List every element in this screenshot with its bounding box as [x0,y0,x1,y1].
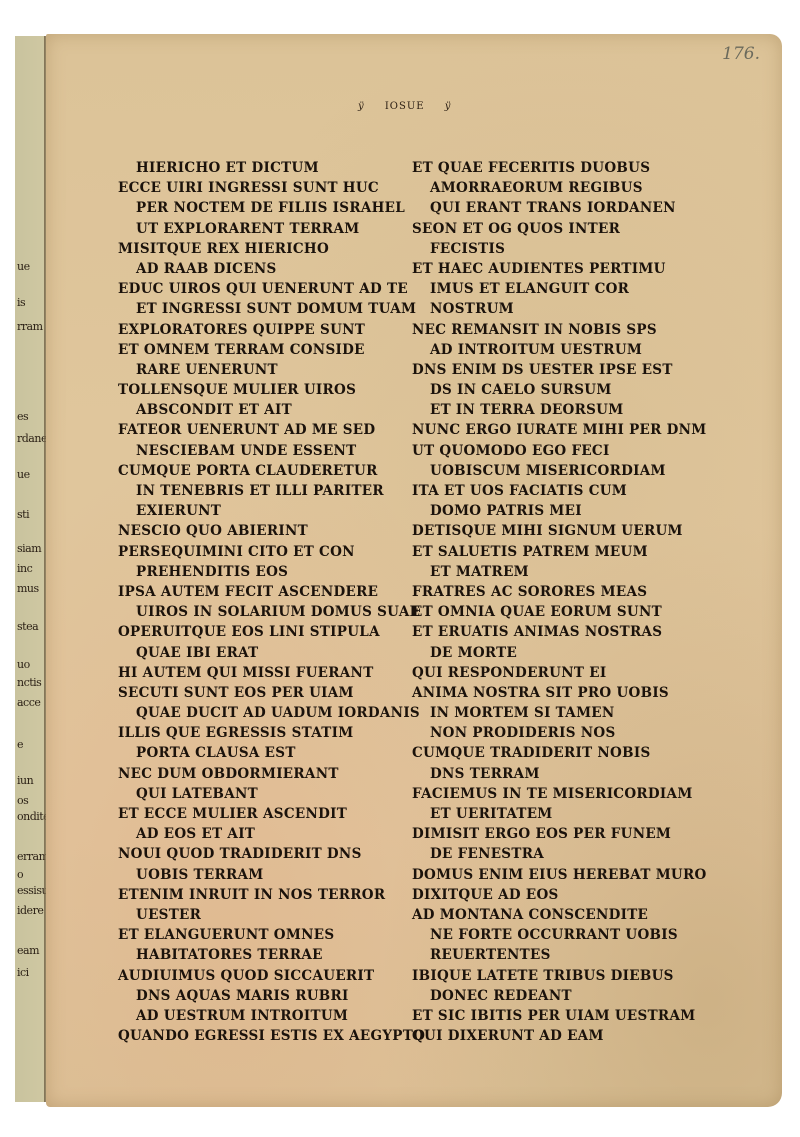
facing-page-text-fragment: nctis [17,676,41,689]
facing-page-text-fragment: sti [17,508,29,521]
text-line: uobis terram [118,865,418,885]
text-line: uobiscum misericordiam [412,461,712,481]
text-line: domus enim eius herebat muro [412,865,712,885]
facing-page-text-fragment: mus [17,582,39,595]
text-line: et matrem [412,562,712,582]
text-line: habitatores terrae [118,945,418,965]
text-line: porta clausa est [118,743,418,763]
text-line: exierunt [118,501,418,521]
facing-page-text-fragment: o [17,868,23,881]
facing-page-text-fragment: os [17,794,28,807]
text-line: persequimini cito et con [118,542,418,562]
text-line: de morte [412,643,712,663]
facing-page-text-fragment: uo [17,658,30,671]
facing-page-text-fragment: idere [17,904,43,917]
facing-page-text-fragment: inc [17,562,32,575]
text-column-right: et quae feceritis duobusamorraeorum regi… [412,158,712,1046]
text-line: misitque rex hiericho [118,239,418,259]
text-line: qui latebant [118,784,418,804]
facing-page-text-fragment: stea [17,620,38,633]
facing-page-text-fragment: es [17,410,28,423]
text-line: nesciebam unde essent [118,441,418,461]
text-line: et ueritatem [412,804,712,824]
text-line: nec remansit in nobis sps [412,320,712,340]
text-line: ad raab dicens [118,259,418,279]
text-line: uester [118,905,418,925]
text-line: non prodideris nos [412,723,712,743]
text-line: dns aquas maris rubri [118,986,418,1006]
text-line: et haec audientes pertimu [412,259,712,279]
facing-page-text-fragment: acce [17,696,40,709]
text-line: audiuimus quod siccauerit [118,966,418,986]
text-line: anima nostra sit pro uobis [412,683,712,703]
text-line: et sic ibitis per uiam uestram [412,1006,712,1026]
text-line: prehenditis eos [118,562,418,582]
text-line: ut quomodo ego feci [412,441,712,461]
running-title: ÿ IOSUE ÿ [342,101,467,112]
text-line: nunc ergo iurate mihi per dnm [412,420,712,440]
text-line: faciemus in te misericordiam [412,784,712,804]
text-line: et ecce mulier ascendit [118,804,418,824]
text-line: etenim inruit in nos terror [118,885,418,905]
text-line: educ uiros qui uenerunt ad te [118,279,418,299]
text-line: ad introitum uestrum [412,340,712,360]
text-line: et elanguerunt omnes [118,925,418,945]
text-line: fecistis [412,239,712,259]
text-line: qui dixerunt ad eam [412,1026,712,1046]
text-line: ut explorarent terram [118,219,418,239]
text-line: in mortem si tamen [412,703,712,723]
text-line: et quae feceritis duobus [412,158,712,178]
facing-page-text-fragment: eam [17,944,39,957]
text-line: dns enim ds uester ipse est [412,360,712,380]
text-line: et in terra deorsum [412,400,712,420]
text-line: illis que egressis statim [118,723,418,743]
facing-page-text-fragment: siam [17,542,41,555]
manuscript-folio: 176. ÿ IOSUE ÿ hiericho et dictumecce ui… [46,34,782,1107]
text-line: et ingressi sunt domum tuam [118,299,418,319]
running-title-mark-right: ÿ [445,101,452,112]
text-line: ds in caelo sursum [412,380,712,400]
text-line: dixitque ad eos [412,885,712,905]
text-line: abscondit et ait [118,400,418,420]
text-line: dns terram [412,764,712,784]
text-line: hi autem qui missi fuerant [118,663,418,683]
text-line: de fenestra [412,844,712,864]
text-line: nostrum [412,299,712,319]
facing-page-text-fragment: rdane [17,432,47,445]
facing-page-text-fragment: ue [17,468,30,481]
text-line: et saluetis patrem meum [412,542,712,562]
text-line: quae ibi erat [118,643,418,663]
facing-page-text-fragment: rram [17,320,43,333]
text-line: reuertentes [412,945,712,965]
text-column-left: hiericho et dictumecce uiri ingressi sun… [118,158,418,1046]
text-line: ne forte occurrant uobis [412,925,712,945]
text-line: detisque mihi signum uerum [412,521,712,541]
text-line: amorraeorum regibus [412,178,712,198]
text-line: donec redeant [412,986,712,1006]
text-line: domo patris mei [412,501,712,521]
facing-page-text-fragment: ue [17,260,30,273]
text-line: ecce uiri ingressi sunt huc [118,178,418,198]
text-line: fratres ac sorores meas [412,582,712,602]
text-line: uiros in solarium domus suae [118,602,418,622]
text-line: qui erant trans iordanen [412,198,712,218]
text-line: qui responderunt ei [412,663,712,683]
text-line: operuitque eos lini stipula [118,622,418,642]
text-line: ad eos et ait [118,824,418,844]
text-line: exploratores quippe sunt [118,320,418,340]
text-line: et omnia quae eorum sunt [412,602,712,622]
text-line: et omnem terram conside [118,340,418,360]
facing-page-text-fragment: e [17,738,23,751]
text-line: ibique latete tribus diebus [412,966,712,986]
text-line: seon et og quos inter [412,219,712,239]
text-line: rare uenerunt [118,360,418,380]
text-line: noui quod tradiderit dns [118,844,418,864]
text-line: ipsa autem fecit ascendere [118,582,418,602]
text-line: ita et uos faciatis cum [412,481,712,501]
text-line: fateor uenerunt ad me sed [118,420,418,440]
text-line: secuti sunt eos per uiam [118,683,418,703]
facing-page-text-fragment: is [17,296,25,309]
text-line: nescio quo abierint [118,521,418,541]
text-line: cumque tradiderit nobis [412,743,712,763]
text-line: dimisit ergo eos per funem [412,824,712,844]
text-line: imus et elanguit cor [412,279,712,299]
running-title-mark-left: ÿ [358,101,365,112]
text-line: ad uestrum introitum [118,1006,418,1026]
text-line: in tenebris et illi pariter [118,481,418,501]
text-line: quando egressi estis ex aegypto [118,1026,418,1046]
facing-page-text-fragment: ici [17,966,29,979]
text-line: nec dum obdormierant [118,764,418,784]
text-line: ad montana conscendite [412,905,712,925]
facing-page-text-fragment: iun [17,774,33,787]
text-line: hiericho et dictum [118,158,418,178]
running-title-text: IOSUE [385,101,425,112]
text-line: cumque porta clauderetur [118,461,418,481]
folio-number: 176. [722,44,760,64]
text-line: per noctem de filiis israhel [118,198,418,218]
text-line: quae ducit ad uadum iordanis [118,703,418,723]
text-line: tollensque mulier uiros [118,380,418,400]
text-line: et eruatis animas nostras [412,622,712,642]
